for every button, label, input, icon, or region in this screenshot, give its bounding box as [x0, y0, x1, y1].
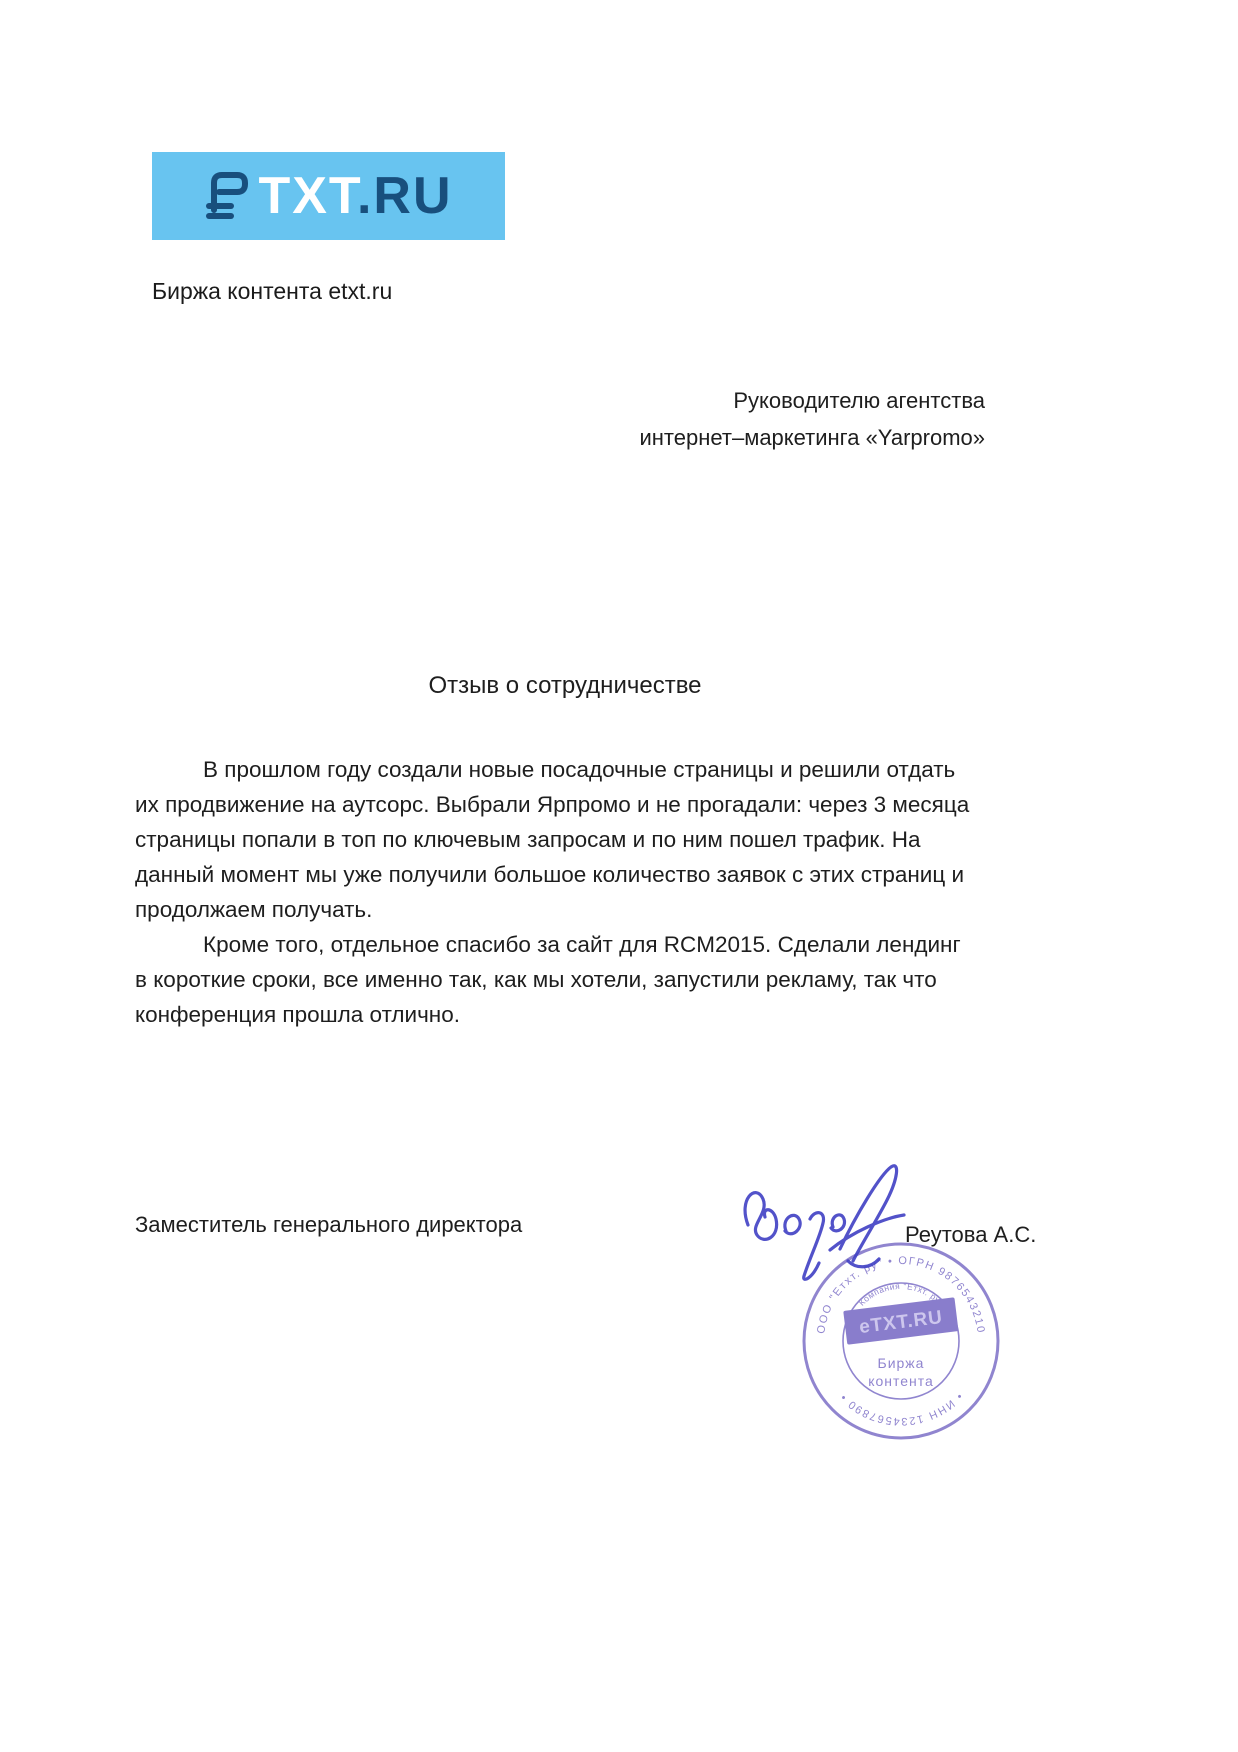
stamp-arc-bottom-text: • ИНН 1234567890 •	[837, 1390, 965, 1427]
body-paragraph-2: Кроме того, отдельное спасибо за сайт дл…	[135, 927, 1035, 1032]
signer-position: Заместитель генерального директора	[135, 1212, 522, 1238]
stamp-caption-line2: контента	[868, 1373, 934, 1389]
etxt-e-icon	[204, 170, 250, 222]
etxt-logo-wordmark: TXT.RU	[258, 170, 452, 222]
etxt-logo: TXT.RU	[152, 152, 505, 240]
letter-title: Отзыв о сотрудничестве	[135, 672, 995, 700]
svg-text:• ИНН 1234567890 •: • ИНН 1234567890 •	[837, 1390, 965, 1427]
body-paragraph-1: В прошлом году создали новые посадочные …	[135, 752, 1035, 927]
letter-body: В прошлом году создали новые посадочные …	[135, 752, 1035, 1032]
company-tagline: Биржа контента etxt.ru	[152, 278, 392, 305]
letter-page: TXT.RU Биржа контента etxt.ru Руководите…	[0, 0, 1238, 1752]
addressee-block: Руководителю агентства интернет–маркетин…	[639, 382, 985, 456]
handwritten-signature	[732, 1155, 932, 1290]
logo-txt: TXT	[258, 167, 356, 225]
signer-name: Реутова А.С.	[905, 1222, 1036, 1248]
stamp-caption-line1: Биржа	[878, 1355, 925, 1371]
logo-ru: .RU	[357, 167, 453, 225]
